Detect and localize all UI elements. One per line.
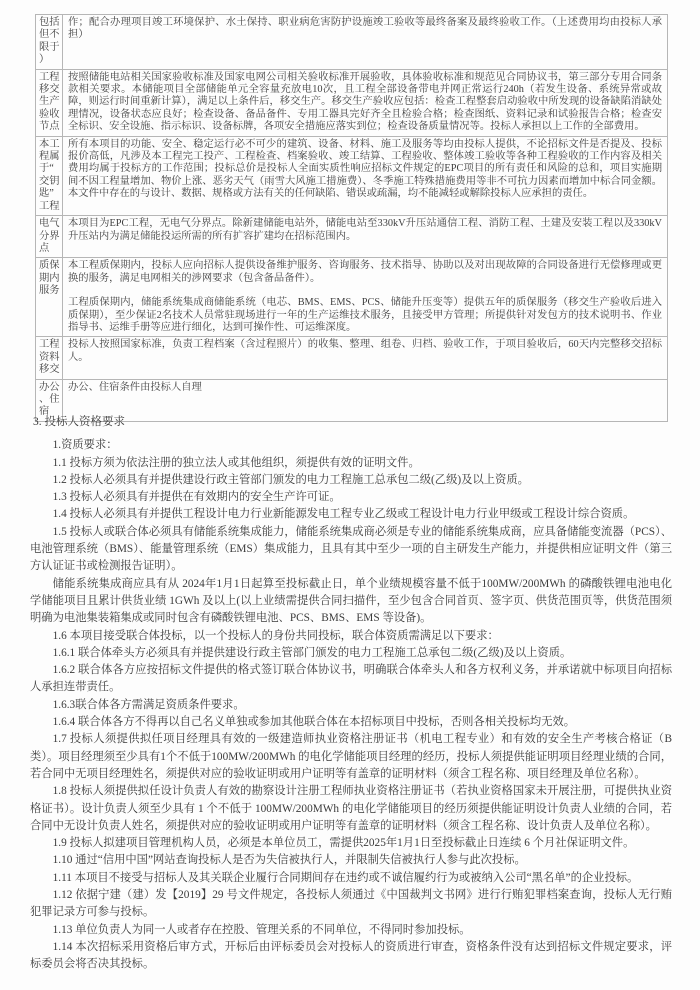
row-content: 本项目为EPC工程，无电气分界点。除新建储能电站外，储能电站至330kV升压站通…: [68, 218, 662, 243]
requirement-item: 1.13 单位负责人为同一人或者存在控股、管理关系的不同单位，不得同时参加投标。: [30, 922, 672, 939]
section-heading: 3. 投标人资格要求: [33, 414, 672, 431]
project-spec-table: 包括 但不 限于 ） 作；配合办理项目竣工环境保护、水土保持、职业病危害防护设施…: [35, 14, 668, 422]
requirement-item: 1.6.4 联合体各方不得再以自己名义单独或参加其他联合体在本招标项目中投标，否…: [30, 714, 672, 731]
requirement-item: 1.12 依据宁建（建）发【2019】29 号文件规定，各投标人须通过《中国裁判…: [30, 887, 672, 922]
row-label: 本工 程属 于“ 交钥 匙” 工程: [36, 136, 63, 215]
requirement-item: 1.6 本项目接受联合体投标，以一个投标人的身份共同投标，联合体资质需满足以下要…: [30, 628, 672, 645]
row-content: 投标人按照国家标准，负责工程档案（含过程照片）的收集、整理、组卷、归档、验收工作…: [68, 339, 662, 364]
requirement-item: 1.3 投标人必须具有并提供在有效期内的安全生产许可证。: [30, 489, 672, 506]
requirement-item: 1.9 投标人拟建项目管理机构人员，必须是本单位员工，需提供2025年1月1日至…: [30, 835, 672, 852]
requirement-item: 1.6.2 联合体各方应按招标文件提供的格式签订联合体协议书，明确联合体牵头人和…: [30, 662, 672, 697]
row-content: 按照储能电站相关国家验收标准及国家电网公司相关验收标准开展验收，具体验收标准和规…: [68, 72, 662, 134]
qualification-requirements-section: 3. 投标人资格要求 1.资质要求： 1.1 投标方须为依法注册的独立法人或其他…: [30, 414, 672, 974]
requirement-item: 1.7 投标人须提供拟任项目经理具有效的一级建造师执业资格注册证书（机电工程专业…: [30, 731, 672, 783]
requirement-item: 1.6.3联合体各方需满足资质条件要求。: [30, 697, 672, 714]
requirement-item: 1.资质要求：: [30, 437, 672, 454]
requirement-item: 1.14 本次招标采用资格后审方式，开标后由评标委员会对投标人的资质进行审查，资…: [30, 939, 672, 974]
table-row: 包括 但不 限于 ） 作；配合办理项目竣工环境保护、水土保持、职业病危害防护设施…: [36, 15, 668, 70]
row-content: 所有本项目的功能、安全、稳定运行必不可少的建筑、设备、材料、施工及服务等均由投标…: [68, 139, 662, 201]
requirement-item: 1.4 投标人必须具有并提供工程设计电力行业新能源发电工程专业乙级或工程设计电力…: [30, 506, 672, 523]
row-label: 工程 移交 生产 验收 节点: [36, 69, 63, 136]
row-label: 电气 分界 点: [36, 216, 63, 258]
table-row: 电气 分界 点 本项目为EPC工程，无电气分界点。除新建储能电站外，储能电站至3…: [36, 216, 668, 258]
row-label: 包括 但不 限于 ）: [36, 15, 63, 70]
table-row: 本工 程属 于“ 交钥 匙” 工程 所有本项目的功能、安全、稳定运行必不可少的建…: [36, 136, 668, 215]
requirement-item: 1.10 通过“信用中国”网站查询投标人是否为失信被执行人，并限制失信被执行人参…: [30, 852, 672, 869]
row-content: 本工程质保期内，投标人应向招标人提供设备维护服务、咨询服务、技术指导、协助以及对…: [68, 260, 662, 285]
requirement-item: 1.1 投标方须为依法注册的独立法人或其他组织，须提供有效的证明文件。: [30, 455, 672, 472]
requirement-item: 1.8 投标人须提供拟任设计负责人有效的勘察设计注册工程师执业资格注册证书（若执…: [30, 783, 672, 835]
row-content: 办公、住宿条件由投标人自理: [68, 382, 662, 394]
requirement-item: 1.6.1 联合体牵头方必须具有并提供建设行政主管部门颁发的电力工程施工总承包二…: [30, 645, 672, 662]
row-label: 质保 期内 服务: [36, 258, 63, 337]
row-content: 工程质保期内，储能系统集成商储能系统（电芯、BMS、EMS、PCS、储能升压变等…: [68, 297, 662, 334]
requirement-item: 储能系统集成商应具有从 2024年1月1日起算至投标截止日，单个业绩规模容量不低…: [30, 576, 672, 628]
document-page: 包括 但不 限于 ） 作；配合办理项目竣工环境保护、水土保持、职业病危害防护设施…: [0, 0, 700, 990]
row-content: 作；配合办理项目竣工环境保护、水土保持、职业病危害防护设施竣工验收等最终备案及最…: [68, 17, 662, 42]
table-row: 工程 移交 生产 验收 节点 按照储能电站相关国家验收标准及国家电网公司相关验收…: [36, 69, 668, 136]
row-label: 工程 资料 移交: [36, 337, 63, 379]
requirement-item: 1.11 本项目不接受与招标人及其关联企业履行合同期间存在违约或不诚信履约行为或…: [30, 870, 672, 887]
requirement-item: 1.5 投标人或联合体必须具有储能系统集成能力，储能系统集成商必须是专业的储能系…: [30, 524, 672, 576]
table-row: 工程 资料 移交 投标人按照国家标准，负责工程档案（含过程照片）的收集、整理、组…: [36, 337, 668, 379]
table-row: 质保 期内 服务 本工程质保期内，投标人应向招标人提供设备维护服务、咨询服务、技…: [36, 258, 668, 337]
requirement-item: 1.2 投标人必须具有并提供建设行政主管部门颁发的电力工程施工总承包二级(乙级)…: [30, 472, 672, 489]
